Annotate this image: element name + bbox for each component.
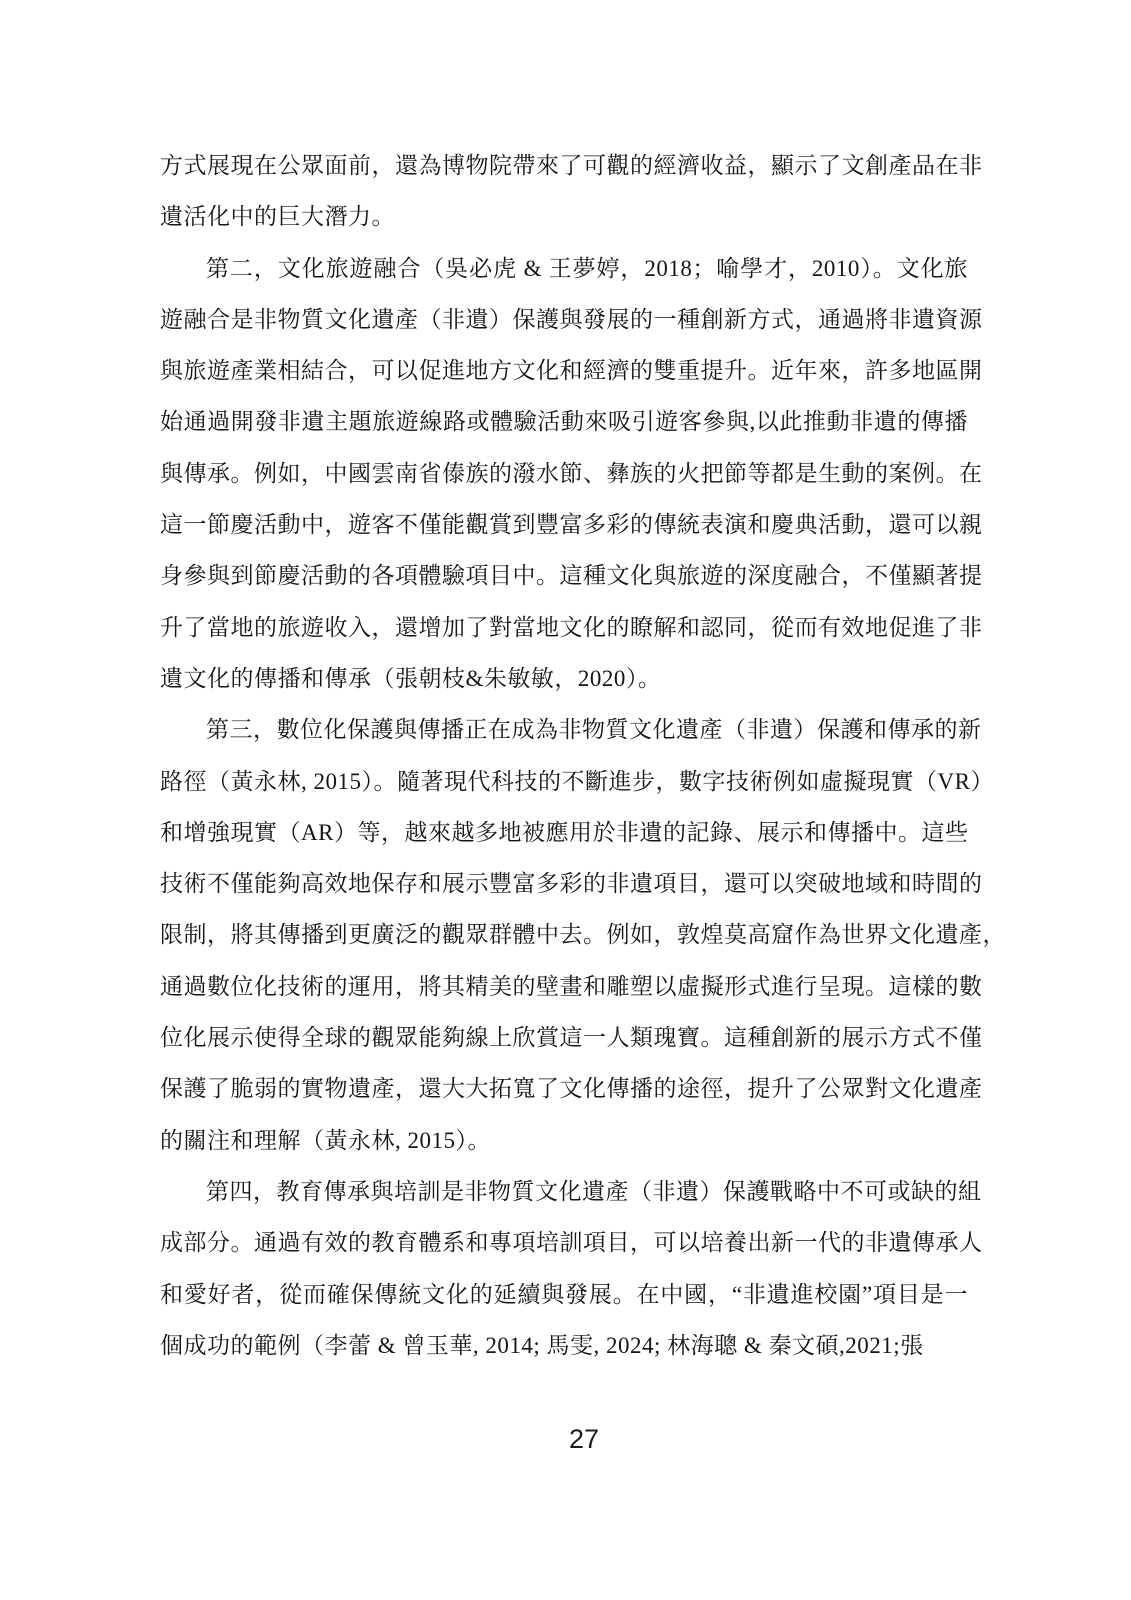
text-line: 升了當地的旅遊收入，還增加了對當地文化的瞭解和認同，從而有效地促進了非 bbox=[160, 602, 968, 653]
text-line: 始通過開發非遺主題旅遊線路或體驗活動來吸引遊客參與,以此推動非遺的傳播 bbox=[160, 396, 968, 447]
text-line: 第三，數位化保護與傳播正在成為非物質文化遺產（非遺）保護和傳承的新 bbox=[160, 704, 968, 755]
text-line: 遺活化中的巨大潛力。 bbox=[160, 191, 968, 242]
text-line: 路徑（黃永林, 2015）。隨著現代科技的不斷進步，數字技術例如虛擬現實（VR） bbox=[160, 756, 968, 807]
text-line: 遊融合是非物質文化遺產（非遺）保護與發展的一種創新方式，通過將非遺資源 bbox=[160, 294, 968, 345]
text-line: 保護了脆弱的實物遺產，還大大拓寬了文化傳播的途徑，提升了公眾對文化遺產 bbox=[160, 1063, 968, 1114]
document-page: 方式展現在公眾面前，還為博物院帶來了可觀的經濟收益，顯示了文創產品在非遺活化中的… bbox=[0, 0, 1131, 1600]
text-line: 限制，將其傳播到更廣泛的觀眾群體中去。例如，敦煌莫高窟作為世界文化遺產， bbox=[160, 909, 968, 960]
text-line: 第四，教育傳承與培訓是非物質文化遺產（非遺）保護戰略中不可或缺的組 bbox=[160, 1166, 968, 1217]
text-line: 成部分。通過有效的教育體系和專項培訓項目，可以培養出新一代的非遺傳承人 bbox=[160, 1217, 968, 1268]
page-number: 27 bbox=[569, 1424, 599, 1455]
text-line: 和增強現實（AR）等，越來越多地被應用於非遺的記錄、展示和傳播中。這些 bbox=[160, 807, 968, 858]
text-line: 通過數位化技術的運用，將其精美的壁畫和雕塑以虛擬形式進行呈現。這樣的數 bbox=[160, 961, 968, 1012]
text-line: 技術不僅能夠高效地保存和展示豐富多彩的非遺項目，還可以突破地域和時間的 bbox=[160, 858, 968, 909]
text-line: 遺文化的傳播和傳承（張朝枝&朱敏敏，2020）。 bbox=[160, 653, 968, 704]
text-line: 位化展示使得全球的觀眾能夠線上欣賞這一人類瑰寶。這種創新的展示方式不僅 bbox=[160, 1012, 968, 1063]
text-line: 這一節慶活動中，遊客不僅能觀賞到豐富多彩的傳統表演和慶典活動，還可以親 bbox=[160, 499, 968, 550]
text-line: 和愛好者，從而確保傳統文化的延續與發展。在中國，“非遺進校園”項目是一 bbox=[160, 1269, 968, 1320]
text-line: 的關注和理解（黃永林, 2015）。 bbox=[160, 1115, 968, 1166]
text-line: 方式展現在公眾面前，還為博物院帶來了可觀的經濟收益，顯示了文創產品在非 bbox=[160, 140, 968, 191]
text-line: 個成功的範例（李蕾 & 曾玉華, 2014; 馬雯, 2024; 林海聰 & 秦… bbox=[160, 1320, 968, 1371]
text-line: 第二，文化旅遊融合（吳必虎 & 王夢婷，2018；喻學才，2010）。文化旅 bbox=[160, 243, 968, 294]
text-line: 與傳承。例如，中國雲南省傣族的潑水節、彝族的火把節等都是生動的案例。在 bbox=[160, 448, 968, 499]
text-line: 身參與到節慶活動的各項體驗項目中。這種文化與旅遊的深度融合，不僅顯著提 bbox=[160, 550, 968, 601]
page-body-text: 方式展現在公眾面前，還為博物院帶來了可觀的經濟收益，顯示了文創產品在非遺活化中的… bbox=[160, 140, 968, 1371]
text-line: 與旅遊產業相結合，可以促進地方文化和經濟的雙重提升。近年來，許多地區開 bbox=[160, 345, 968, 396]
